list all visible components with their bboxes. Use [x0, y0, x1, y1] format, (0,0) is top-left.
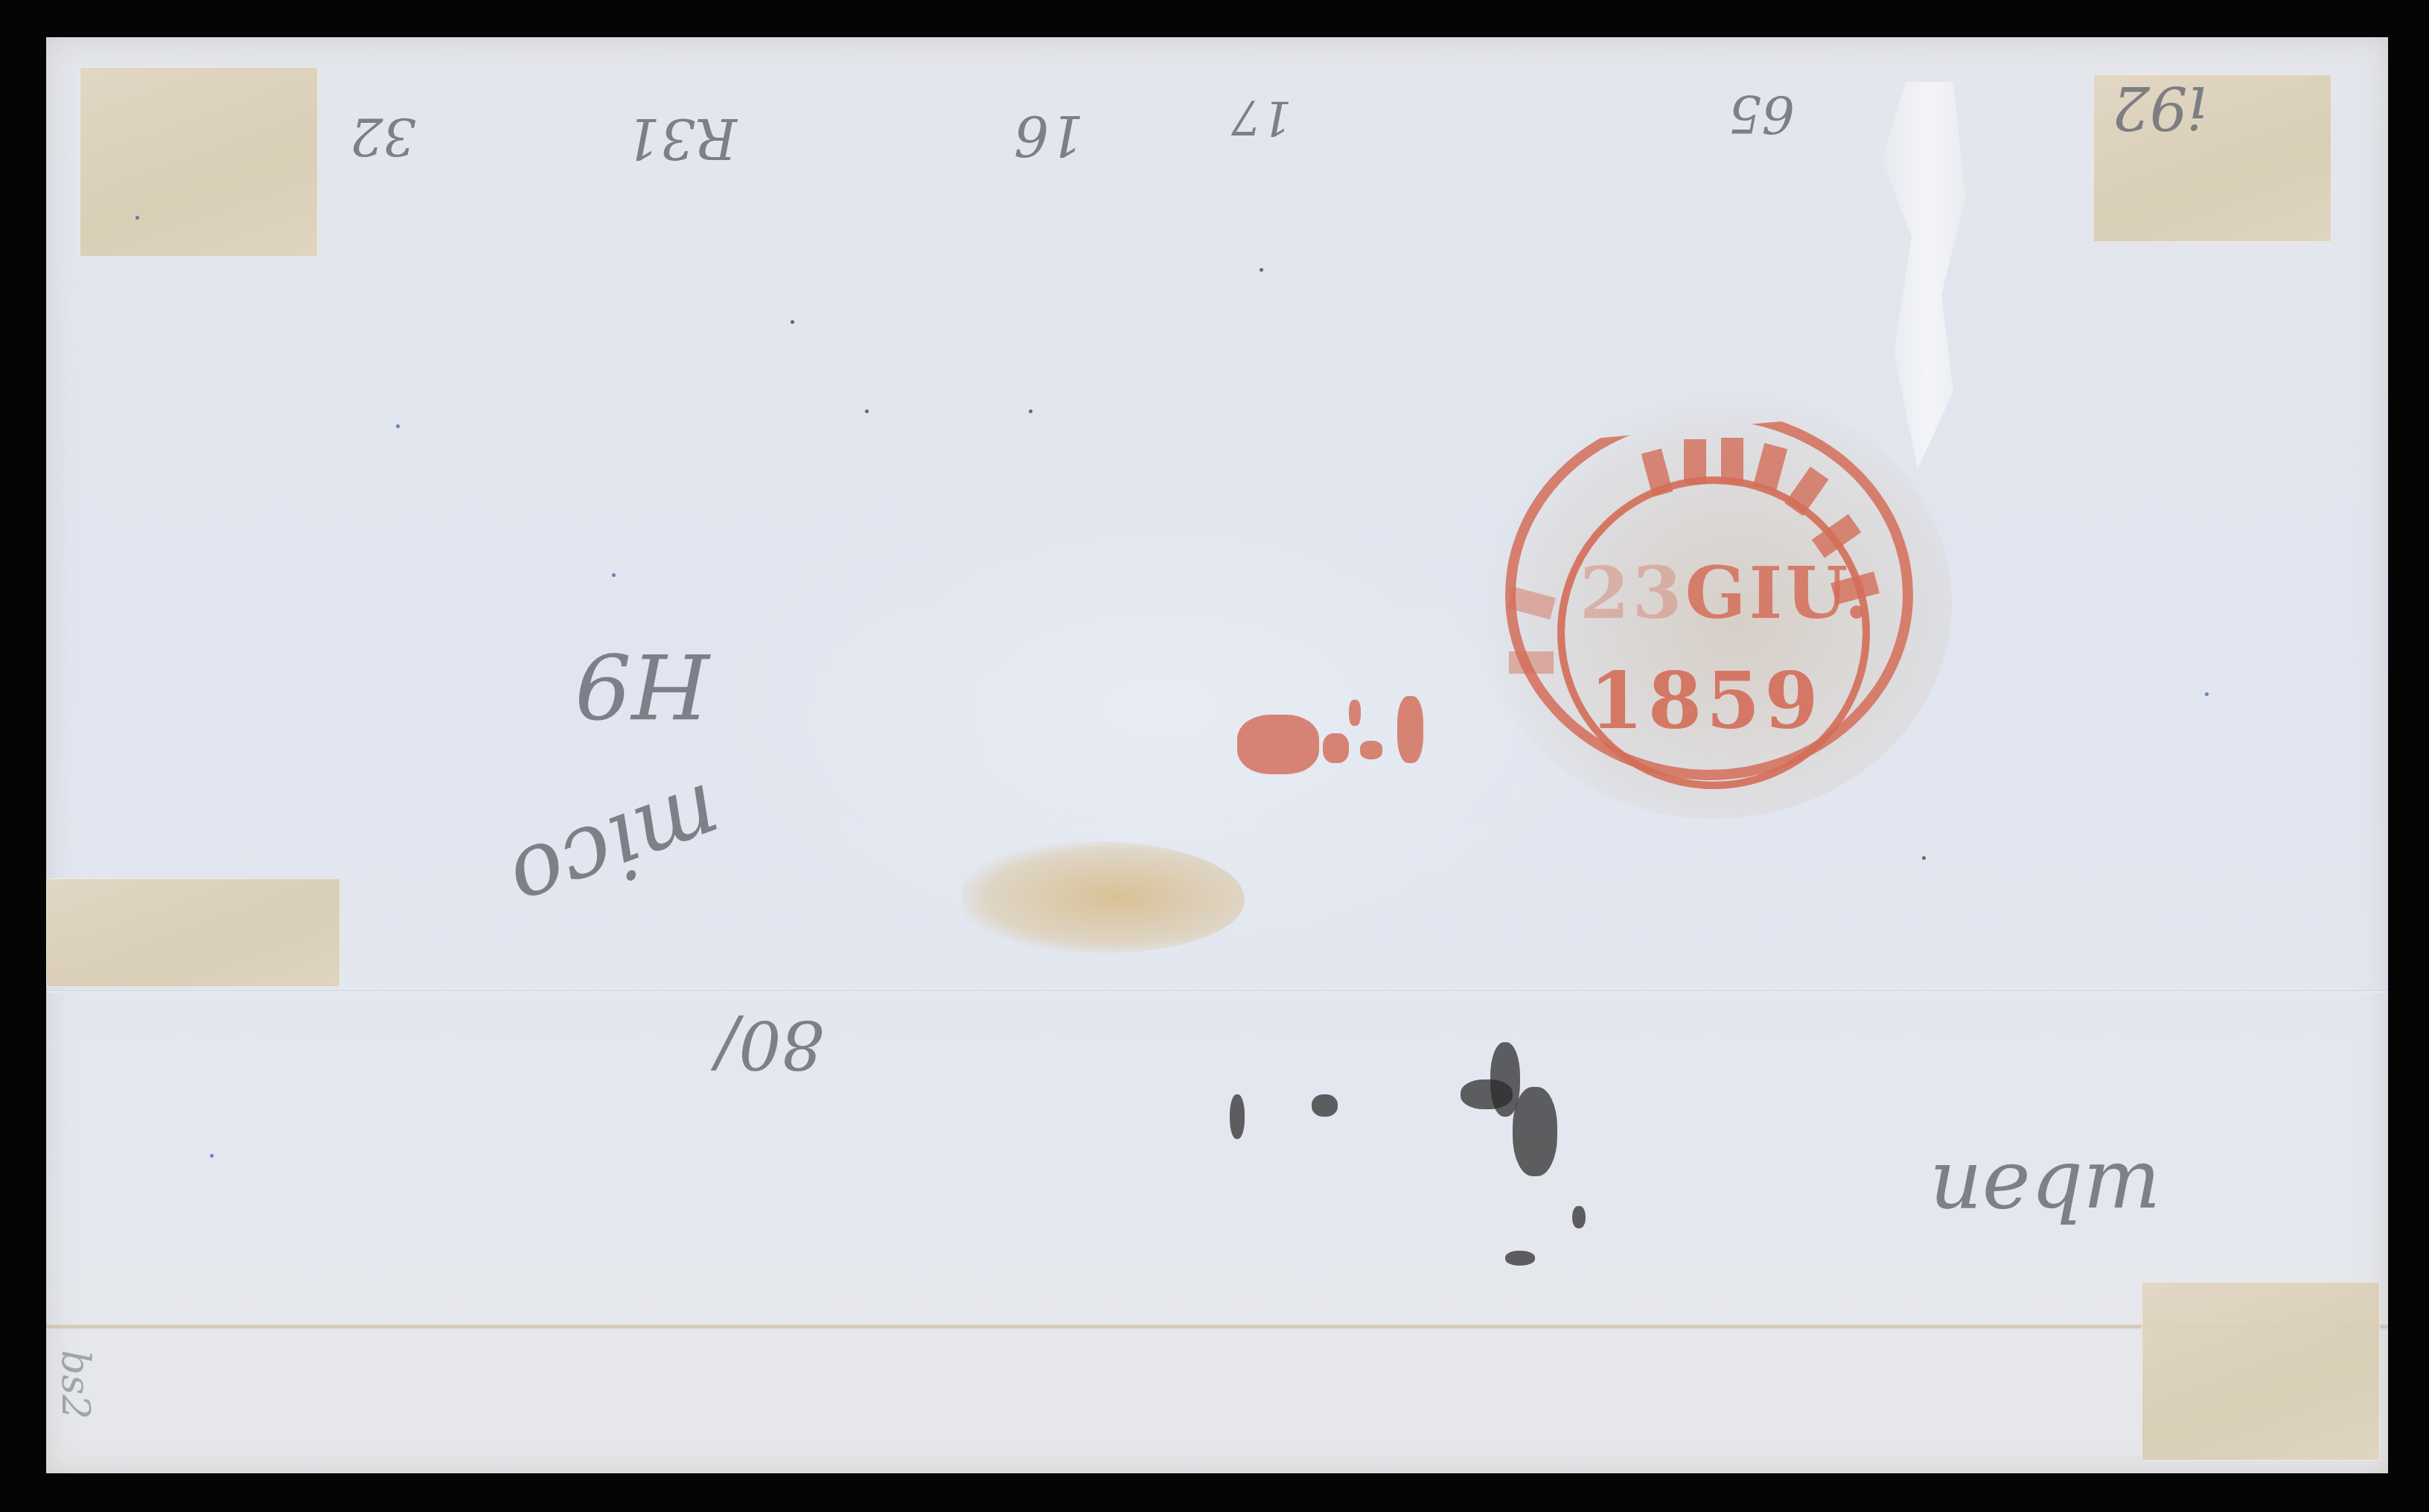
pencil-note-r31: R31 [625, 106, 737, 170]
pencil-note-ueqm: ueqm [1930, 1132, 2161, 1227]
hinge-remnant-middle-left [46, 878, 340, 987]
ink-speck [210, 1154, 214, 1158]
foxing-stain [962, 841, 1245, 953]
red-auxiliary-mark [1230, 692, 1453, 774]
postmark-day: 23 [1580, 551, 1685, 635]
pencil-note-mico: mico [497, 762, 736, 934]
ink-speck [135, 216, 139, 220]
pencil-note-80: 80/ [716, 1005, 824, 1083]
postmark-year: 1859 [1580, 655, 1833, 747]
pencil-note-edge: bs2 [53, 1350, 98, 1419]
pencil-note-i92: i92 [2112, 73, 2206, 142]
ink-speck [396, 424, 400, 428]
ink-speck [612, 573, 616, 577]
ink-speck [865, 409, 869, 413]
black-offset-mark [1222, 1027, 1706, 1310]
postmark-month: GIU. [1685, 551, 1872, 635]
hinge-remnant-top-left [80, 67, 318, 257]
ink-speck [791, 320, 794, 324]
horizontal-fold-lower [46, 1324, 2388, 1330]
ink-speck [1260, 268, 1263, 272]
pencil-note-65: 65 [1729, 83, 1795, 144]
pencil-note-17: 17 [1231, 89, 1292, 144]
letter-sheet: 32 R31 16 17 65 i92 H9 mico 80/ ueqm bs2 [46, 37, 2388, 1473]
pencil-note-16: 16 [1014, 103, 1084, 167]
horizontal-fold-upper [46, 990, 2388, 992]
ink-speck [1029, 409, 1032, 413]
ink-speck [1922, 856, 1926, 860]
postmark-date: 23GIU. [1580, 551, 1833, 635]
pencil-note-32: 32 [350, 106, 416, 167]
ink-speck [2205, 692, 2209, 696]
hinge-remnant-bottom-right [2142, 1282, 2380, 1461]
pencil-note-h9: H9 [575, 633, 709, 736]
